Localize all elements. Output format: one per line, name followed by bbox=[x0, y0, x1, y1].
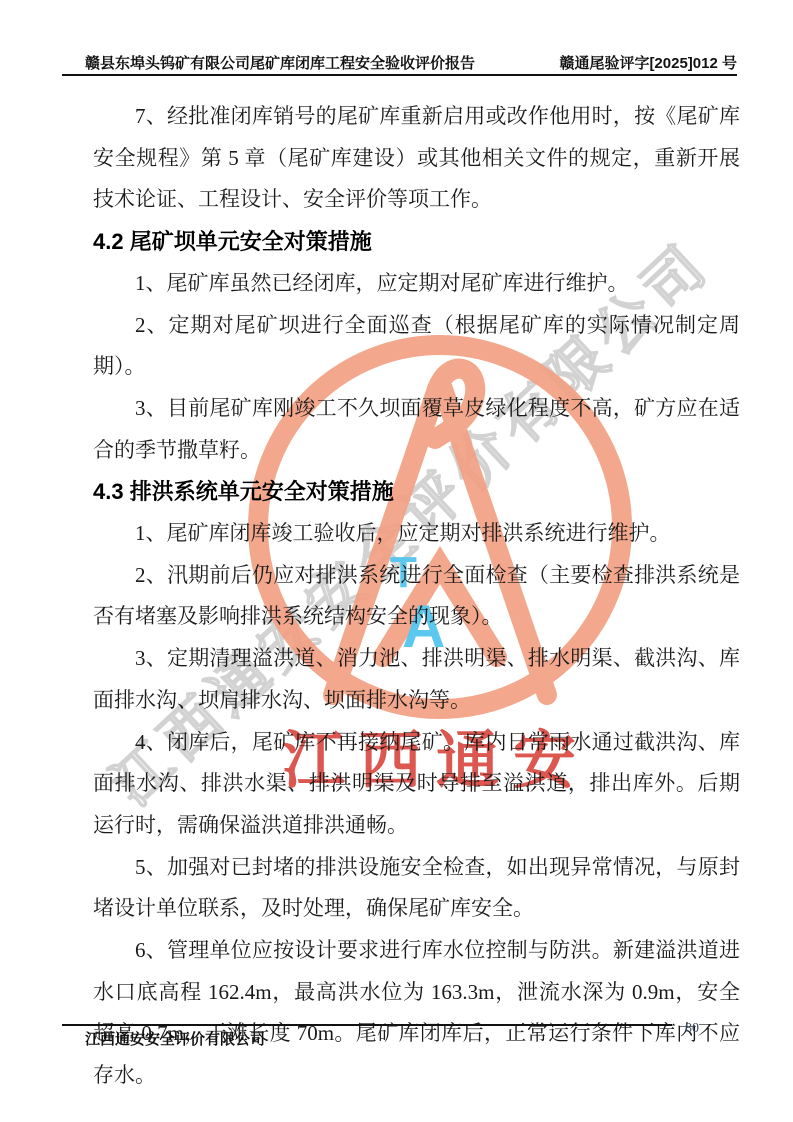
list-item: 1、尾矿库闭库竣工验收后，应定期对排洪系统进行维护。 bbox=[93, 513, 740, 555]
header-report-title: 赣县东埠头钨矿有限公司尾矿库闭库工程安全验收评价报告 bbox=[85, 52, 475, 73]
list-item: 3、目前尾矿库刚竣工不久坝面覆草皮绿化程度不高，矿方应在适合的季节撒草籽。 bbox=[93, 388, 740, 471]
list-item: 5、加强对已封堵的排洪设施安全检查，如出现异常情况，与原封堵设计单位联系，及时处… bbox=[93, 847, 740, 930]
list-item: 2、汛期前后仍应对排洪系统进行全面检查（主要检查排洪系统是否有堵塞及影响排洪系统… bbox=[93, 555, 740, 638]
list-item: 3、定期清理溢洪道、消力池、排洪明渠、排水明渠、截洪沟、库面排水沟、坝肩排水沟、… bbox=[93, 638, 740, 721]
list-item: 6、管理单位应按设计要求进行库水位控制与防洪。新建溢洪道进水口底高程 162.4… bbox=[93, 930, 740, 1097]
header-doc-number: 赣通尾验评字[2025]012 号 bbox=[559, 52, 737, 73]
paragraph-7: 7、经批准闭库销号的尾矿库重新启用或改作他用时，按《尾矿库安全规程》第 5 章（… bbox=[93, 96, 740, 221]
list-item: 2、定期对尾矿坝进行全面巡查（根据尾矿库的实际情况制定周期）。 bbox=[93, 305, 740, 388]
footer-rule bbox=[62, 1024, 672, 1026]
page-header: 赣县东埠头钨矿有限公司尾矿库闭库工程安全验收评价报告 赣通尾验评字[2025]0… bbox=[85, 52, 737, 73]
section-heading-4-3: 4.3 排洪系统单元安全对策措施 bbox=[93, 471, 740, 513]
footer-company-name: 江西通安安全评价有限公司 bbox=[85, 1028, 265, 1049]
page-number: 80 bbox=[685, 1021, 699, 1037]
list-item: 4、闭库后，尾矿库不再接纳尾矿。库内日常雨水通过截洪沟、库面排水沟、排洪水渠、排… bbox=[93, 722, 740, 847]
document-body: 7、经批准闭库销号的尾矿库重新启用或改作他用时，按《尾矿库安全规程》第 5 章（… bbox=[93, 96, 740, 1097]
header-rule bbox=[62, 74, 737, 76]
section-heading-4-2: 4.2 尾矿坝单元安全对策措施 bbox=[93, 221, 740, 263]
list-item: 1、尾矿库虽然已经闭库，应定期对尾矿库进行维护。 bbox=[93, 263, 740, 305]
document-page: 江西通安安全评价有限公司 T A 江西通安 赣县东埠头钨矿有限公司尾矿库闭库工程… bbox=[0, 0, 793, 1122]
